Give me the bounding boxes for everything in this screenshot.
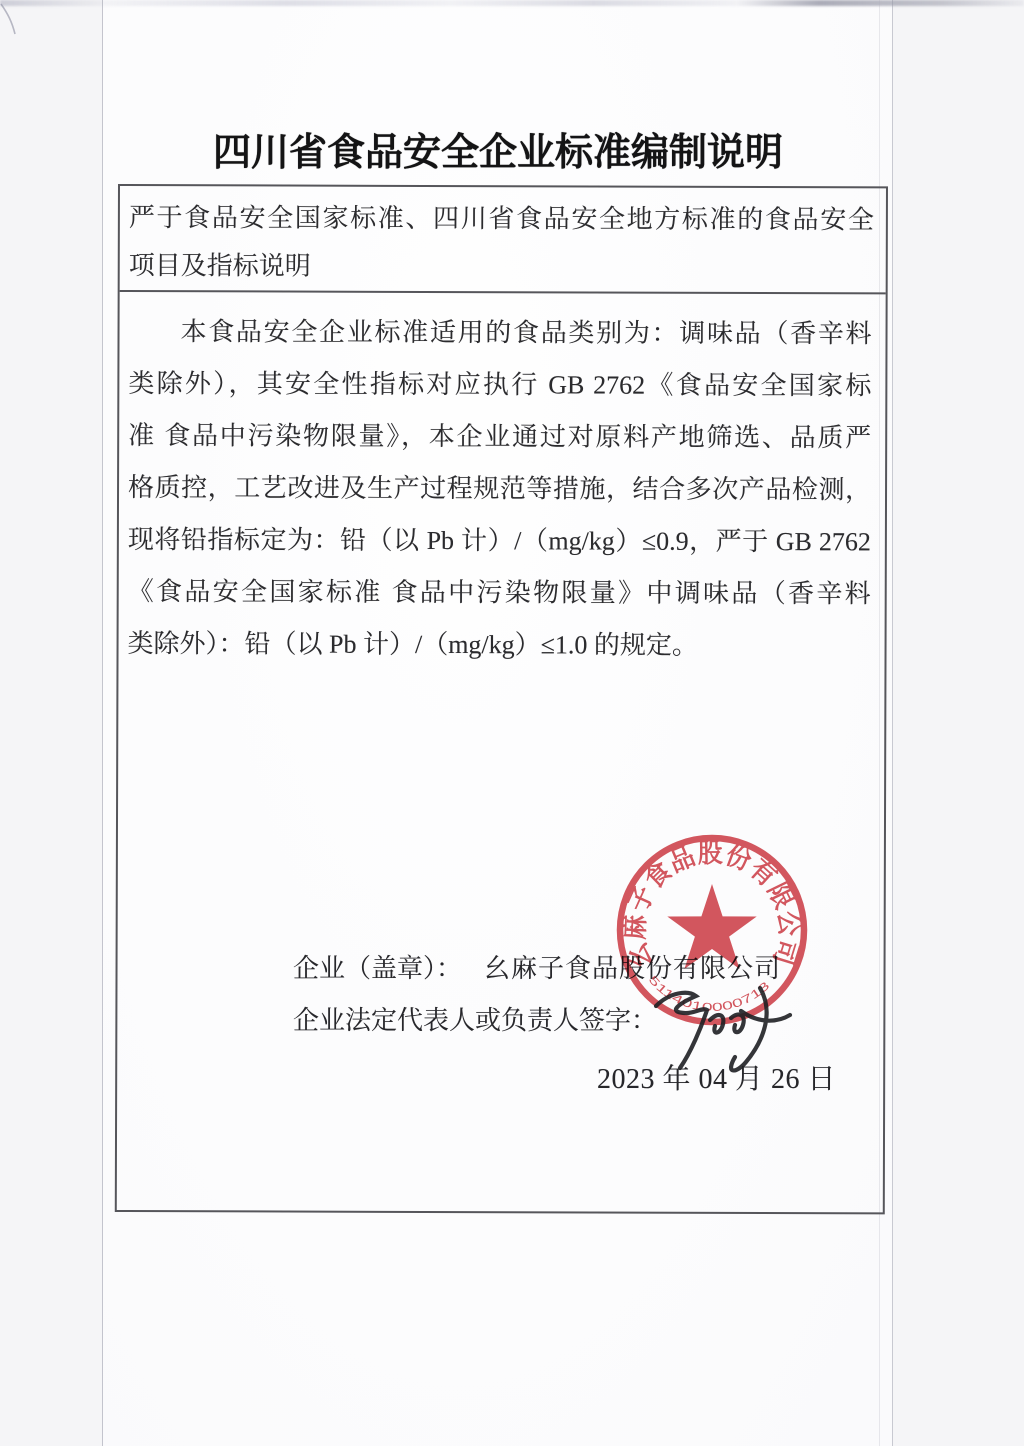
scan-corner-artifact: [0, 0, 40, 60]
header-line: 严于食品安全国家标准、四川省食品安全地方标准的食品安全: [129, 194, 874, 244]
paper-left-edge: [102, 0, 103, 1446]
handwritten-signature: [644, 984, 802, 1080]
star-icon: [667, 884, 756, 969]
body-line: 本食品安全企业标准适用的食品类别为：调味品（香辛料: [128, 306, 871, 360]
scan-top-edge-artifact: [0, 0, 1024, 6]
body-line: 类除外），其安全性指标对应执行 GB 2762《食品安全国家标: [128, 358, 871, 412]
form-header-cell: 严于食品安全国家标准、四川省食品安全地方标准的食品安全 项目及指标说明: [120, 186, 886, 294]
company-seal-label: 企业（盖章）：: [293, 954, 462, 983]
body-line: 格质控，工艺改进及生产过程规范等措施，结合多次产品检测，: [128, 462, 871, 516]
paper-right-edge: [892, 0, 893, 1446]
header-line: 项目及指标说明: [129, 242, 874, 292]
document-title: 四川省食品安全企业标准编制说明: [103, 131, 893, 175]
body-line: 现将铅指标定为：铅（以 Pb 计）/（mg/kg）≤0.9，严于 GB 2762: [128, 514, 871, 568]
body-line: 准 食品中污染物限量》，本企业通过对原料产地筛选、品质严: [128, 410, 871, 464]
body-line: 类除外）：铅（以 Pb 计）/（mg/kg）≤1.0 的规定。: [127, 618, 870, 672]
scanned-document-page: 四川省食品安全企业标准编制说明 严于食品安全国家标准、四川省食品安全地方标准的食…: [0, 0, 1024, 1446]
form-body-cell: 本食品安全企业标准适用的食品类别为：调味品（香辛料 类除外），其安全性指标对应执…: [118, 292, 885, 672]
body-line: 《食品安全国家标准 食品中污染物限量》中调味品（香辛料: [128, 566, 871, 620]
